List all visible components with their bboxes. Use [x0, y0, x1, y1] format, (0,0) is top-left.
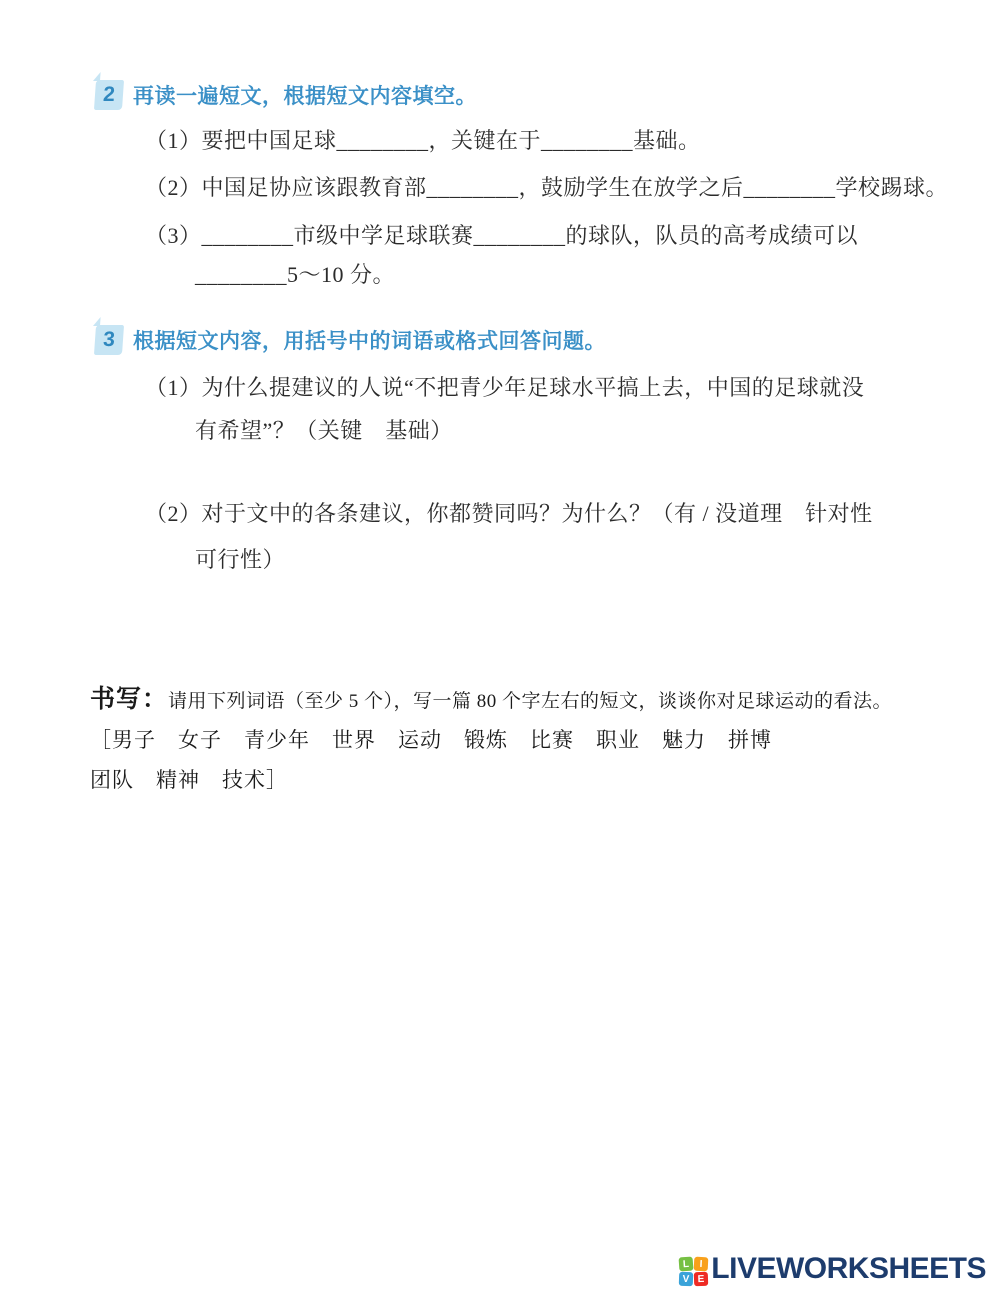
liveworksheets-logo[interactable]: L I V E LIVEWORKSHEETS — [679, 1252, 986, 1286]
fill-blank-question-3-line-2: ________5～10 分。 — [195, 260, 960, 289]
section-2-items: （1）要把中国足球________，关键在于________基础。 （2）中国足… — [145, 126, 960, 289]
liveworksheets-logo-text: LIVEWORKSHEETS — [711, 1252, 986, 1286]
logo-tile-l: L — [679, 1256, 694, 1271]
answer-question-1-line-1: （1）为什么提建议的人说“不把青少年足球水平搞上去，中国的足球就没 — [145, 373, 960, 402]
fill-blank-question-3-line-1: （3）________市级中学足球联赛________的球队，队员的高考成绩可以 — [145, 221, 960, 250]
section-3-items: （1）为什么提建议的人说“不把青少年足球水平搞上去，中国的足球就没 有希望”？（… — [145, 373, 960, 574]
exercise-section-3: 3 根据短文内容，用括号中的词语或格式回答问题。 （1）为什么提建议的人说“不把… — [95, 325, 960, 574]
section-3-header: 3 根据短文内容，用括号中的词语或格式回答问题。 — [95, 325, 960, 355]
section-3-title: 根据短文内容，用括号中的词语或格式回答问题。 — [133, 325, 606, 355]
worksheet-content: 2 再读一遍短文，根据短文内容填空。 （1）要把中国足球________，关键在… — [0, 0, 1000, 793]
liveworksheets-logo-icon: L I V E — [679, 1257, 708, 1286]
writing-prompt: 书写： 请用下列词语（至少 5 个），写一篇 80 个字左右的短文，谈谈你对足球… — [90, 679, 960, 715]
logo-tile-e: E — [694, 1271, 708, 1285]
writing-section: 书写： 请用下列词语（至少 5 个），写一篇 80 个字左右的短文，谈谈你对足球… — [90, 679, 960, 793]
fill-blank-question-1: （1）要把中国足球________，关键在于________基础。 — [145, 126, 960, 155]
writing-instruction: 请用下列词语（至少 5 个），写一篇 80 个字左右的短文，谈谈你对足球运动的看… — [168, 686, 892, 713]
word-bank-line-1: ［男子 女子 青少年 世界 运动 锻炼 比赛 职业 魅力 拼博 — [90, 727, 960, 753]
word-bank-line-2: 团队 精神 技术］ — [90, 767, 960, 793]
section-2-number-badge: 2 — [94, 80, 124, 110]
writing-label: 书写： — [90, 679, 168, 715]
answer-question-2-line-1: （2）对于文中的各条建议，你都赞同吗？为什么？（有 / 没道理 针对性 — [145, 499, 960, 528]
section-2-header: 2 再读一遍短文，根据短文内容填空。 — [95, 80, 960, 110]
answer-question-1-line-2: 有希望”？（关键 基础） — [195, 416, 960, 445]
section-3-number-badge: 3 — [94, 325, 124, 355]
worksheet-page: 2 再读一遍短文，根据短文内容填空。 （1）要把中国足球________，关键在… — [0, 0, 1000, 1294]
section-2-title: 再读一遍短文，根据短文内容填空。 — [133, 80, 477, 110]
logo-tile-v: V — [679, 1271, 693, 1285]
exercise-section-2: 2 再读一遍短文，根据短文内容填空。 （1）要把中国足球________，关键在… — [95, 80, 960, 289]
fill-blank-question-2: （2）中国足协应该跟教育部________，鼓励学生在放学之后________学… — [145, 173, 960, 202]
answer-question-2-line-2: 可行性） — [195, 545, 960, 574]
logo-tile-i: I — [694, 1256, 709, 1271]
